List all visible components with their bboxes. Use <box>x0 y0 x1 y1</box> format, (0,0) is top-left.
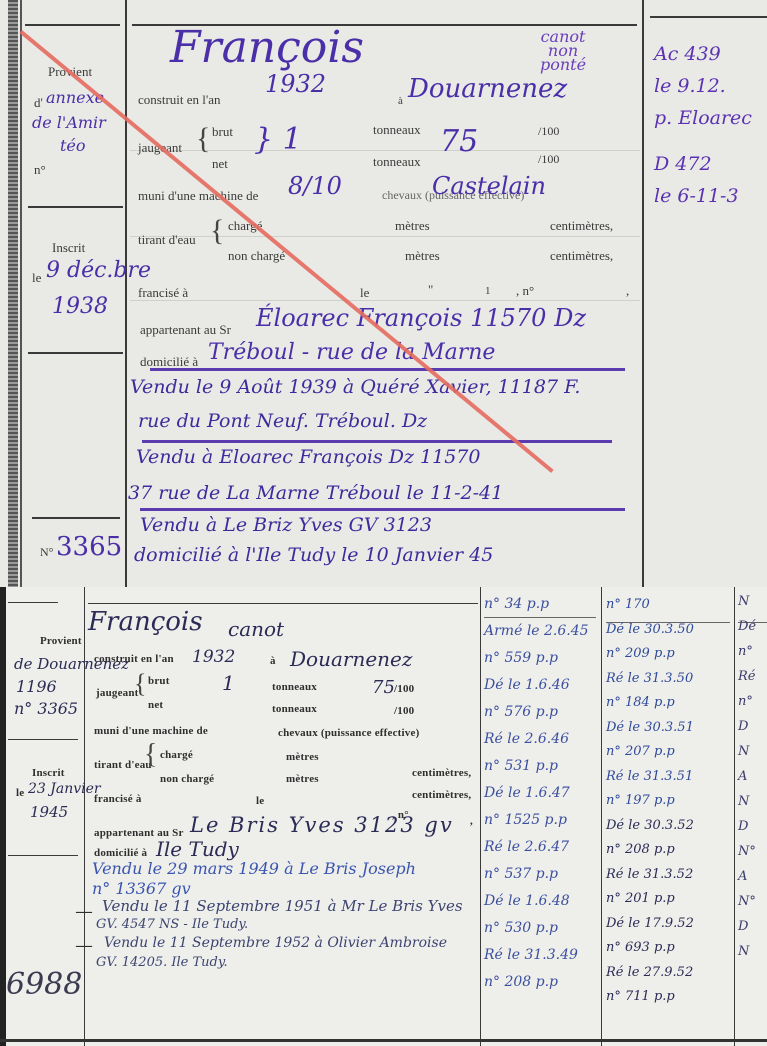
le-label: le <box>256 795 264 807</box>
transfer-bullet-2: — <box>76 937 92 955</box>
registration-number: 6988 <box>6 967 82 1002</box>
boat-type: canot non ponté <box>540 30 586 72</box>
chevaux-label: chevaux (puissance effective) <box>278 727 419 739</box>
brace-tirant: { <box>210 214 224 248</box>
transfer-line-5: Vendu à Le Briz Yves GV 3123 <box>140 514 432 536</box>
inscrit-le-prefix: le <box>16 787 24 799</box>
centimetres-label-1: centimètres, <box>550 218 613 234</box>
tonneaux-fraction-value: 75 <box>372 677 395 698</box>
construit-year: 1932 <box>192 647 235 667</box>
provient-prefix: d' <box>34 95 43 111</box>
transfer-line-6: domicilié à l'Ile Tudy le 10 Janvier 45 <box>134 544 493 566</box>
owner-name: Le Bris Yves 3123 gv <box>190 813 454 837</box>
tonneaux-net-label: tonneaux <box>272 703 317 715</box>
provient-value-line3: téo <box>60 136 86 155</box>
centimetres-label-1: centimètres, <box>412 767 471 779</box>
inscrit-label: Inscrit <box>32 767 65 779</box>
top-register-page: Provient d' annexe de l'Amir téo n° Insc… <box>0 0 767 587</box>
owner-name: Éloarec François 11570 Dz <box>256 304 586 332</box>
a-label: à <box>398 95 403 107</box>
comma-one: 1 <box>485 285 491 297</box>
per-100-brut: /100 <box>394 683 414 695</box>
net-label: net <box>148 699 163 711</box>
inscrit-date-line2: 1945 <box>30 803 68 821</box>
metres-label-2: mètres <box>405 248 440 264</box>
boat-name: François <box>88 607 203 637</box>
non-charge-label: non chargé <box>228 248 285 264</box>
boat-type: canot <box>228 617 284 641</box>
machine-value: 8/10 <box>288 172 342 200</box>
ditto-mark: " <box>428 282 433 298</box>
trailing-comma: , <box>470 815 473 827</box>
provient-value-line2: de l'Amir <box>32 113 106 132</box>
tonneaux-brut-label: tonneaux <box>373 122 421 138</box>
construit-year: 1932 <box>265 70 326 98</box>
machine-label: muni d'une machine de <box>138 188 258 204</box>
transfer-line-2: n° 13367 gv <box>92 879 191 898</box>
non-charge-label: non chargé <box>160 773 214 785</box>
provient-label: Provient <box>40 635 82 647</box>
francise-label: francisé à <box>138 285 188 301</box>
domicile: Tréboul - rue de la Marne <box>208 340 495 365</box>
per-100-brut: /100 <box>538 124 559 139</box>
machine-label: muni d'une machine de <box>94 725 208 737</box>
transfer-line-2: rue du Pont Neuf. Tréboul. Dz <box>138 410 427 432</box>
registration-number: 3365 <box>56 532 122 562</box>
transfer-line-1: Vendu le 9 Août 1939 à Quéré Xavier, 111… <box>130 376 580 398</box>
brut-value: 1 <box>222 671 235 695</box>
brace: { <box>134 669 146 699</box>
transfer-line-6: GV. 14205. Ile Tudy. <box>96 955 228 970</box>
francise-label: francisé à <box>94 793 142 805</box>
centimetres-label-2: centimètres, <box>412 789 471 801</box>
tonneaux-fraction-value: 75 <box>440 124 478 159</box>
per-100-net: /100 <box>394 705 414 717</box>
machine-brand: Castelain <box>432 172 546 200</box>
tonneaux-brut-label: tonneaux <box>272 681 317 693</box>
jaugeant-label: jaugeant <box>96 687 139 699</box>
brace: { <box>196 122 210 156</box>
construit-label: construit en l'an <box>138 92 221 108</box>
transfer-line-3: Vendu à Eloarec François Dz 11570 <box>136 446 481 468</box>
construit-place: Douarnenez <box>408 74 567 104</box>
registration-no-label: N° <box>40 545 53 560</box>
centimetres-label-2: centimètres, <box>550 248 613 264</box>
appartenant-label: appartenant au Sr <box>140 322 231 338</box>
role-column-3: N Dé n° Ré n° D N A N D N° A N° D N <box>738 589 756 964</box>
no-label: n° <box>34 162 46 178</box>
brut-label: brut <box>148 675 170 687</box>
construit-place: Douarnenez <box>290 647 412 671</box>
provient-line3: n° 3365 <box>14 699 78 718</box>
charge-label: chargé <box>160 749 193 761</box>
transfer-bullet-1: — <box>76 903 92 921</box>
tirant-label: tirant d'eau <box>138 232 196 248</box>
inscrit-date-line1: 23 Janvier <box>28 781 101 797</box>
brut-label: brut <box>212 124 233 140</box>
construit-label: construit en l'an <box>94 653 174 665</box>
no-label-francise: , n° <box>516 283 534 299</box>
net-label: net <box>212 156 228 172</box>
transfer-line-1: Vendu le 29 mars 1949 à Le Bris Joseph <box>92 859 416 878</box>
right-annotations: Ac 439 le 9.12. p. Eloarec D 472 le 6-11… <box>654 38 752 212</box>
inscrit-le-prefix: le <box>32 270 41 286</box>
inscrit-date-line1: 9 déc.bre <box>46 258 151 283</box>
role-column-1: n° 34 p.p Armé le 2.6.45 n° 559 p.p Dé l… <box>484 591 589 996</box>
per-100-net: /100 <box>538 152 559 167</box>
metres-label-1: mètres <box>286 751 319 763</box>
inscrit-label: Inscrit <box>52 240 85 256</box>
brut-value: } 1 <box>254 122 302 157</box>
transfer-line-3: Vendu le 11 Septembre 1951 à Mr Le Bris … <box>102 897 463 915</box>
domicile: Ile Tudy <box>156 837 239 861</box>
a-label: à <box>270 655 276 667</box>
domicilie-label: domicilié à <box>94 847 147 859</box>
transfer-line-5: Vendu le 11 Septembre 1952 à Olivier Amb… <box>104 935 447 951</box>
boat-name: François <box>170 22 364 73</box>
le-label: le <box>360 285 369 301</box>
inscrit-date-line2: 1938 <box>52 294 108 319</box>
metres-label-1: mètres <box>395 218 430 234</box>
transfer-line-4: 37 rue de La Marne Tréboul le 11-2-41 <box>128 482 503 504</box>
provient-line2: 1196 <box>16 677 57 696</box>
page-binding-edge <box>8 0 18 587</box>
bottom-register-page: Provient de Douarnenez 1196 n° 3365 Insc… <box>0 587 767 1046</box>
role-column-2: n° 170 Dé le 30.3.50 n° 209 p.p Ré le 31… <box>606 593 694 1010</box>
trailing-comma: , <box>626 283 629 299</box>
brace-tirant: { <box>144 739 157 771</box>
tonneaux-net-label: tonneaux <box>373 154 421 170</box>
metres-label-2: mètres <box>286 773 319 785</box>
transfer-line-4: GV. 4547 NS - Ile Tudy. <box>96 917 248 932</box>
